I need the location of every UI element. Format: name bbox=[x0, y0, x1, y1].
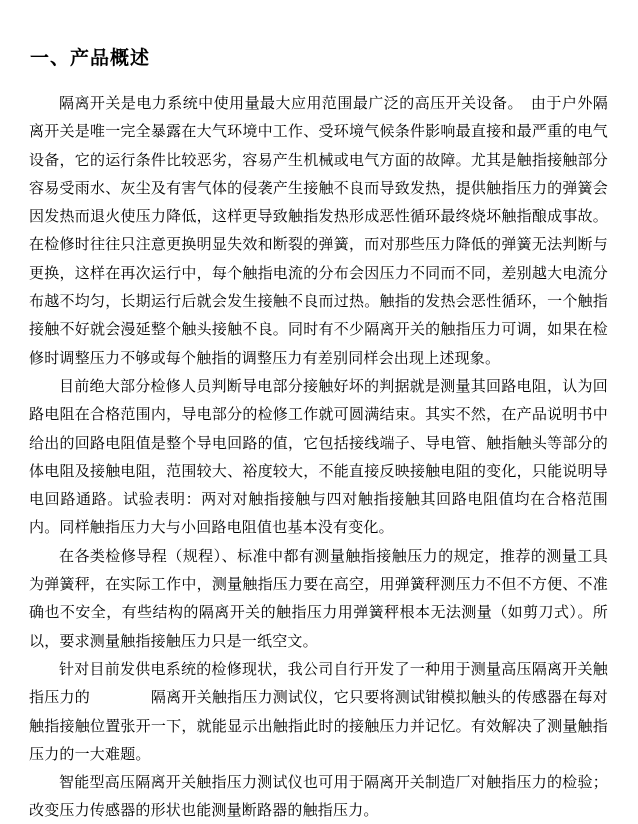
section-title: 一、产品概述 bbox=[30, 48, 608, 70]
document-page: 一、产品概述 隔离开关是电力系统中使用量最大应用范围最广泛的高压开关设备。 由于… bbox=[0, 0, 638, 824]
paragraph-product-intro: 隔离开关是电力系统中使用量最大应用范围最广泛的高压开关设备。 由于户外隔离开关是… bbox=[29, 90, 608, 373]
paragraph-company-solution: 针对目前发供电系统的检修现状，我公司自行开发了一种用于测量高压隔离开关触指压力的… bbox=[29, 656, 608, 769]
paragraph-loop-resistance: 目前绝大部分检修人员判断导电部分接触好坏的判据就是测量其回路电阻，认为回路电阻在… bbox=[29, 373, 608, 543]
paragraph-other-applications: 智能型高压隔离开关触指压力测试仪也可用于隔离开关制造厂对触指压力的检验；改变压力… bbox=[29, 769, 608, 824]
paragraph-measurement-standards: 在各类检修导程（规程）、标准中都有测量触指接触压力的规定，推荐的测量工具为弹簧秤… bbox=[29, 543, 608, 656]
